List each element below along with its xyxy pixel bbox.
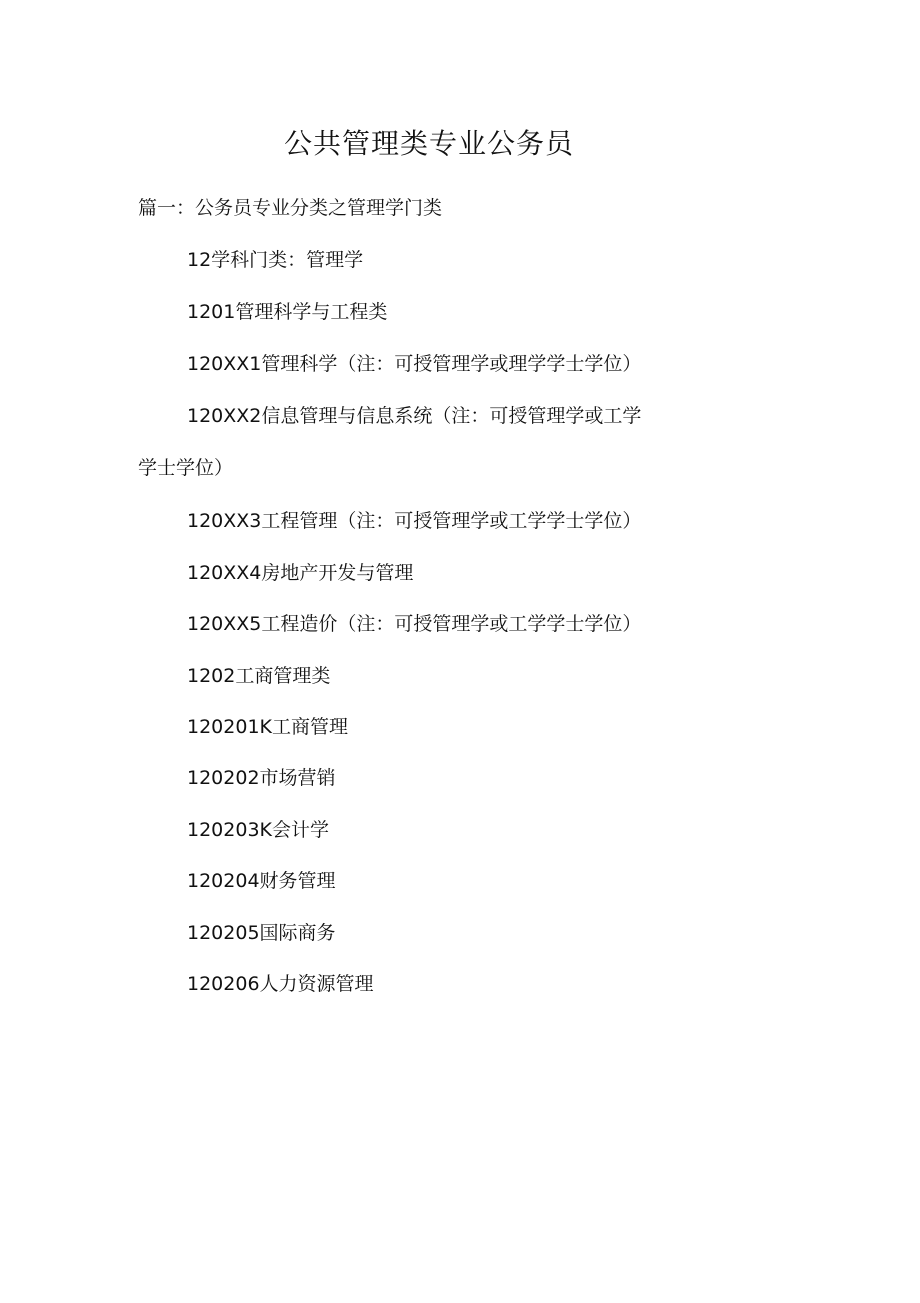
text-line: 120XX3工程管理（注：可授管理学或工学学士学位） bbox=[187, 507, 641, 535]
text-line: 120201K工商管理 bbox=[187, 713, 348, 741]
text-line: 120203K会计学 bbox=[187, 816, 329, 844]
text-line: 120XX4房地产开发与管理 bbox=[187, 559, 413, 587]
text-line: 120XX5工程造价（注：可授管理学或工学学士学位） bbox=[187, 610, 641, 638]
text-line: 120202市场营销 bbox=[187, 764, 336, 792]
text-line: 120XX2信息管理与信息系统（注：可授管理学或工学 bbox=[187, 402, 641, 430]
text-line: 120206人力资源管理 bbox=[187, 970, 374, 998]
text-line: 1201管理科学与工程类 bbox=[187, 298, 387, 326]
text-line: 120204财务管理 bbox=[187, 867, 336, 895]
text-line: 学士学位） bbox=[138, 454, 233, 482]
document-title: 公共管理类专业公务员 bbox=[0, 124, 858, 164]
text-line: 篇一：公务员专业分类之管理学门类 bbox=[138, 194, 442, 222]
text-line: 120205国际商务 bbox=[187, 919, 336, 947]
text-line: 12学科门类：管理学 bbox=[187, 246, 363, 274]
text-line: 1202工商管理类 bbox=[187, 662, 330, 690]
text-line: 120XX1管理科学（注：可授管理学或理学学士学位） bbox=[187, 350, 641, 378]
